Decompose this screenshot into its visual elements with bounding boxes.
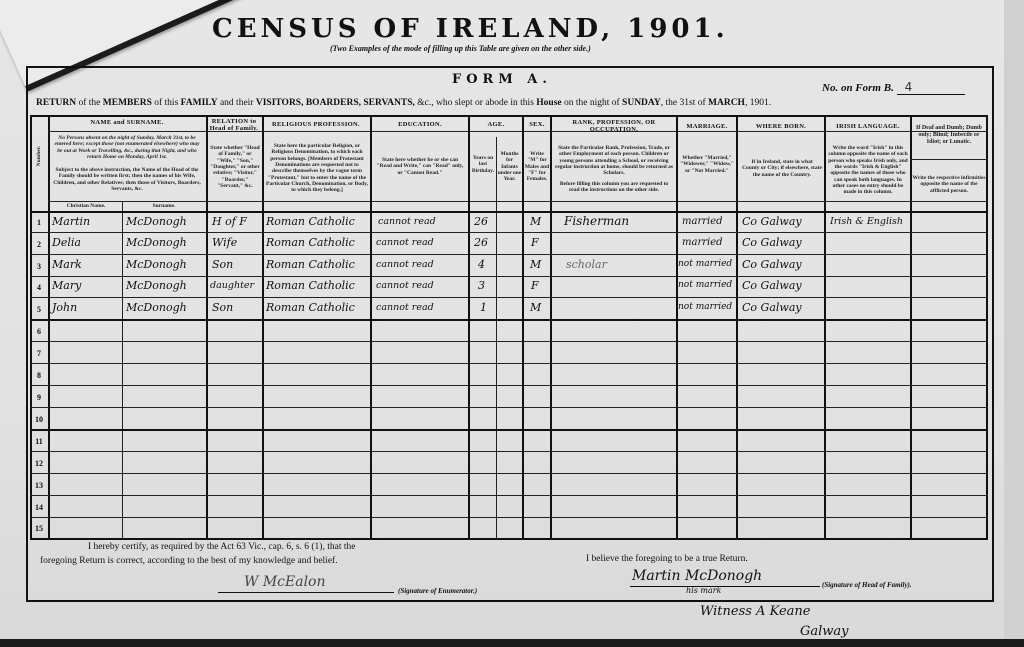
marriage-cell: not married <box>678 280 732 290</box>
col-header-relation: RELATION to Head of Family. <box>208 118 260 132</box>
head-signature-label: (Signature of Head of Family). <box>822 581 912 589</box>
education-cell: cannot read <box>376 259 434 270</box>
row-number: 3 <box>32 262 46 271</box>
row-number: 6 <box>32 327 46 336</box>
row-number: 5 <box>32 305 46 314</box>
religion-instructions: State here the particular Religion, or R… <box>266 143 368 194</box>
form-b-number: No. on Form B. 4 <box>822 80 965 95</box>
education-cell: cannot read <box>376 280 434 291</box>
enumerator-signature-label: (Signature of Enumerator.) <box>398 587 477 595</box>
form-label: FORM A. <box>452 72 552 87</box>
relation-cell: Son <box>212 258 233 271</box>
surname-cell: McDonogh <box>126 301 187 314</box>
surname-cell: McDonogh <box>126 215 187 228</box>
page-title: CENSUS OF IRELAND, 1901. <box>212 14 729 44</box>
witness-place: Galway <box>800 624 849 639</box>
marriage-instructions: Whether "Married," "Widower," "Widow," o… <box>680 155 734 174</box>
relation-cell: daughter <box>210 280 254 291</box>
col-header-age-years: Years on last Birthday. <box>470 155 496 174</box>
infirmity-instructions: Write the respective infirmities opposit… <box>912 175 986 194</box>
sex-cell: M <box>530 258 541 271</box>
christian-name-cell: Delia <box>52 236 81 249</box>
head-mark: his mark <box>686 586 721 595</box>
row-number: 10 <box>32 415 46 424</box>
education-cell: cannot read <box>378 216 436 227</box>
col-header-education: EDUCATION. <box>372 121 468 128</box>
religion-cell: Roman Catholic <box>266 279 355 292</box>
age-years-cell: 1 <box>480 301 487 314</box>
col-header-where-born: WHERE BORN. <box>738 123 824 130</box>
row-number: 14 <box>32 503 46 512</box>
head-certification-text: I believe the foregoing to be a true Ret… <box>586 554 748 564</box>
occupation-instructions: State the Particular Rank, Profession, T… <box>554 145 674 177</box>
col-header-marriage: MARRIAGE. <box>678 123 736 130</box>
col-header-infirmity: If Deaf and Dumb; Dumb only; Blind; Imbe… <box>912 125 986 146</box>
return-heading: RETURN of the MEMBERS of this FAMILY and… <box>36 98 771 108</box>
where-born-instructions: If in Ireland, state in what County or C… <box>742 159 822 178</box>
col-header-surname: Surname. <box>124 203 204 209</box>
col-header-name: NAME and SURNAME. <box>50 119 204 126</box>
surname-cell: McDonogh <box>126 279 187 292</box>
relation-cell: H of F <box>212 215 247 228</box>
where-born-cell: Co Galway <box>742 236 802 249</box>
row-number: 4 <box>32 283 46 292</box>
row-number: 12 <box>32 459 46 468</box>
marriage-cell: not married <box>678 302 732 312</box>
surname-cell: McDonogh <box>126 258 187 271</box>
relation-instructions: State whether "Head of Family," or "Wife… <box>210 145 260 189</box>
col-header-irish-language: IRISH LANGUAGE. <box>826 123 910 130</box>
christian-name-cell: Mark <box>52 258 82 271</box>
form-b-value: 4 <box>897 80 965 95</box>
occupation-cell: Fisherman <box>564 214 629 228</box>
christian-name-cell: Martin <box>52 215 90 228</box>
where-born-cell: Co Galway <box>742 215 802 228</box>
age-years-cell: 4 <box>478 258 485 271</box>
christian-name-cell: Mary <box>52 279 81 292</box>
row-number: 2 <box>32 240 46 249</box>
marriage-cell: not married <box>678 259 732 269</box>
col-header-occupation: RANK, PROFESSION, OR OCCUPATION. <box>552 119 676 133</box>
enumerator-signature: W McEalon <box>244 574 326 590</box>
irish-language-cell: Irish & English <box>830 216 903 227</box>
sex-cell: M <box>530 301 541 314</box>
row-number: 11 <box>32 437 46 446</box>
education-cell: cannot read <box>376 302 434 313</box>
page-subtitle: (Two Examples of the mode of filling up … <box>330 44 591 53</box>
age-years-cell: 26 <box>474 215 488 228</box>
religion-cell: Roman Catholic <box>266 236 355 249</box>
col-header-sex: SEX. <box>524 121 550 128</box>
relation-cell: Wife <box>212 236 237 249</box>
occupation-note: Before filling this column you are reque… <box>554 181 674 194</box>
sex-cell: M <box>530 215 541 228</box>
form-b-label: No. on Form B. <box>822 82 894 94</box>
row-number: 13 <box>32 481 46 490</box>
sex-cell: F <box>531 279 539 292</box>
col-header-christian-name: Christian Name. <box>50 203 122 209</box>
col-header-religion: RELIGIOUS PROFESSION. <box>264 121 368 128</box>
census-table: NAME and SURNAME. No Persons absent on t… <box>30 115 988 540</box>
head-of-family-signature: Martin McDonogh <box>632 568 762 584</box>
where-born-cell: Co Galway <box>742 279 802 292</box>
census-form-page: the order of their importance paper CENS… <box>0 0 1024 647</box>
row-number: 7 <box>32 349 46 358</box>
religion-cell: Roman Catholic <box>266 258 355 271</box>
col-header-age-months: Months for Infants under one Year. <box>497 151 522 183</box>
row-number: 9 <box>32 393 46 402</box>
where-born-cell: Co Galway <box>742 258 802 271</box>
col-header-age: AGE. <box>470 121 522 128</box>
row-number: 8 <box>32 371 46 380</box>
occupation-cell: scholar <box>566 258 607 271</box>
enumerator-certification-line-1: I hereby certify, as required by the Act… <box>88 542 355 552</box>
sex-cell: F <box>531 236 539 249</box>
christian-name-cell: John <box>52 301 77 314</box>
col-header-number: Number. <box>36 145 42 167</box>
where-born-cell: Co Galway <box>742 301 802 314</box>
sex-instructions: Write "M" for Males and "F" for Females. <box>524 151 550 183</box>
age-years-cell: 3 <box>478 279 485 292</box>
row-number: 1 <box>32 218 46 227</box>
scan-bottom-edge <box>0 639 1024 647</box>
age-years-cell: 26 <box>474 236 488 249</box>
education-instructions: State here whether he or she can "Read a… <box>376 157 464 176</box>
marriage-cell: married <box>682 216 723 227</box>
row-number: 15 <box>32 524 46 533</box>
witness-signature: Witness A Keane <box>700 604 810 619</box>
enumerator-certification-line-2: foregoing Return is correct, according t… <box>40 556 338 566</box>
marriage-cell: married <box>682 237 723 248</box>
religion-cell: Roman Catholic <box>266 215 355 228</box>
name-instructions: No Persons absent on the night of Sunday… <box>52 135 202 160</box>
education-cell: cannot read <box>376 237 434 248</box>
certification-section: I hereby certify, as required by the Act… <box>26 540 990 598</box>
scan-edge <box>1004 0 1024 639</box>
name-instructions-2: Subject to the above instruction, the Na… <box>52 167 202 192</box>
relation-cell: Son <box>212 301 233 314</box>
religion-cell: Roman Catholic <box>266 301 355 314</box>
irish-instructions: Write the word "Irish" in this column op… <box>828 145 908 196</box>
surname-cell: McDonogh <box>126 236 187 249</box>
